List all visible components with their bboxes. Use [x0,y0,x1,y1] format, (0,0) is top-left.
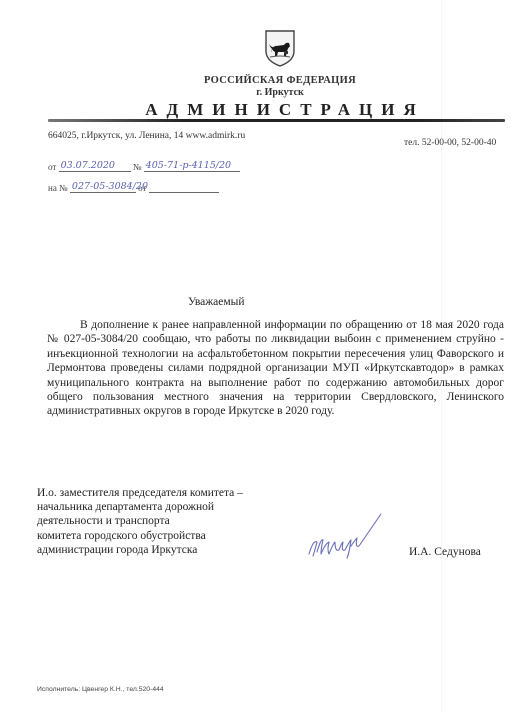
reply-number: 027-05-3084/20 [72,181,148,192]
outgoing-number: 405-71-р-4115/20 [146,160,231,171]
from-label: от [48,162,56,172]
phone: тел. 52-00-00, 52-00-40 [404,138,496,148]
greeting: Уважаемый [188,296,245,308]
position-line: комитета городского обустройства [37,529,243,543]
executor-info: Исполнитель: Цвенгер К.Н., тел.520-444 [37,686,164,693]
reply-label: на № [48,183,68,193]
signer-name: И.А. Седунова [409,546,481,558]
position-line: администрации города Иркутска [37,543,243,557]
header-divider [48,119,505,122]
city-name: г. Иркутск [0,87,527,98]
position-line: начальника департамента дорожной [37,500,243,514]
reply-number-field: 027-05-3084/20 [70,181,136,193]
organization-title: АДМИНИСТРАЦИЯ [0,100,527,120]
signer-position: И.о. заместителя председателя комитета –… [37,486,243,557]
outgoing-date-field: 03.07.2020 [59,160,131,172]
letter-paragraph: В дополнение к ранее направленной информ… [47,318,504,419]
position-line: деятельности и транспорта [37,514,243,528]
reply-date-field [149,181,219,193]
country-name: РОССИЙСКАЯ ФЕДЕРАЦИЯ [0,75,527,86]
outgoing-date: 03.07.2020 [61,160,115,171]
position-line: И.о. заместителя председателя комитета – [37,486,243,500]
outgoing-number-field: 405-71-р-4115/20 [144,160,240,172]
address: 664025, г.Иркутск, ул. Ленина, 14 www.ad… [48,131,245,141]
coat-of-arms-icon [264,29,296,67]
outgoing-registration: от 03.07.2020 № 405-71-р-4115/20 [48,160,240,172]
handwritten-signature-icon [305,510,385,560]
letter-body: В дополнение к ранее направленной информ… [47,318,504,419]
reply-registration: на № 027-05-3084/20 от [48,181,219,193]
number-label: № [133,162,142,172]
